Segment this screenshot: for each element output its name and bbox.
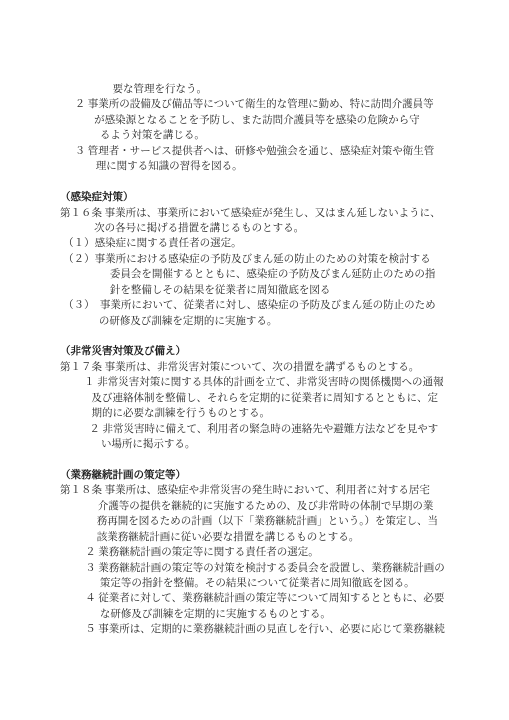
section-heading: （業務継続計画の策定等）: [60, 468, 460, 483]
text-line: 期的に必要な訓練を行うものとする。: [60, 406, 460, 421]
document-page: 要な管理を行なう。２ 事業所の設備及び備品等について衛生的な管理に勤め、特に訪問…: [0, 0, 509, 720]
text-line: ５ 事業所は、定期的に業務継続計画の見直しを行い、必要に応じて業務継続: [60, 622, 460, 637]
section-heading: （非常災害対策及び備え）: [60, 344, 460, 359]
text-line: 理に関する知識の習得を図る。: [60, 159, 460, 174]
text-line: な研修及び訓練を定期的に実施するものとする。: [60, 607, 460, 622]
text-line: 次の各号に掲げる措置を講じるものとする。: [60, 221, 460, 236]
text-line: の研修及び訓練を定期的に実施する。: [60, 314, 460, 329]
text-line: ２ 非常災害時に備えて、利用者の緊急時の連絡先や避難方法などを見やす: [60, 422, 460, 437]
blank-line: [60, 453, 460, 468]
text-line: 介護等の提供を継続的に実施するための、及び非常時の体制で早期の業: [60, 499, 460, 514]
text-line: 第１６条 事業所は、事業所において感染症が発生し、又はまん延しないように、: [60, 206, 460, 221]
text-line: 務再開を図るための計画（以下「業務継続計画」という。）を策定し、当: [60, 514, 460, 529]
text-line: 及び連絡体制を整備し、それらを定期的に従業者に周知するとともに、定: [60, 391, 460, 406]
text-line: ３ 管理者・サービス提供者へは、研修や勉強会を通じ、感染症対策や衛生管: [60, 144, 460, 159]
text-line: ２ 業務継続計画の策定等に関する責任者の選定。: [60, 545, 460, 560]
document-text-block: 要な管理を行なう。２ 事業所の設備及び備品等について衛生的な管理に勤め、特に訪問…: [60, 82, 460, 638]
text-line: るよう対策を講じる。: [60, 128, 460, 143]
blank-line: [60, 329, 460, 344]
text-line: （３） 事業所において、従業者に対し、感染症の予防及びまん延の防止のため: [60, 298, 460, 313]
text-line: １ 非常災害対策に関する具体的計画を立て、非常災害時の関係機関への通報: [60, 375, 460, 390]
text-line: （１）感染症に関する責任者の選定。: [60, 236, 460, 251]
text-line: 針を整備しその結果を従業者に周知徹底を図る: [60, 283, 460, 298]
text-line: （２）事業所における感染症の予防及びまん延の防止のための対策を検討する: [60, 252, 460, 267]
text-line: ２ 事業所の設備及び備品等について衛生的な管理に勤め、特に訪問介護員等: [60, 97, 460, 112]
text-line: が感染源となることを予防し、また訪問介護員等を感染の危険から守: [60, 113, 460, 128]
text-line: 委員会を開催するとともに、感染症の予防及びまん延防止のための指: [60, 267, 460, 282]
text-line: 該業務継続計画に従い必要な措置を講じるものとする。: [60, 530, 460, 545]
text-line: ４ 従業者に対して、業務継続計画の策定等について周知するとともに、必要: [60, 591, 460, 606]
blank-line: [60, 175, 460, 190]
text-line: 要な管理を行なう。: [60, 82, 460, 97]
text-line: 策定等の指針を整備。その結果について従業者に周知徹底を図る。: [60, 576, 460, 591]
text-line: い場所に掲示する。: [60, 437, 460, 452]
section-heading: （感染症対策）: [60, 190, 460, 205]
text-line: 第１８条 事業所は、感染症や非常災害の発生時において、利用者に対する居宅: [60, 483, 460, 498]
text-line: 第１７条 事業所は、非常災害対策について、次の措置を講ずるものとする。: [60, 360, 460, 375]
text-line: ３ 業務継続計画の策定等の対策を検討する委員会を設置し、業務継続計画の: [60, 561, 460, 576]
